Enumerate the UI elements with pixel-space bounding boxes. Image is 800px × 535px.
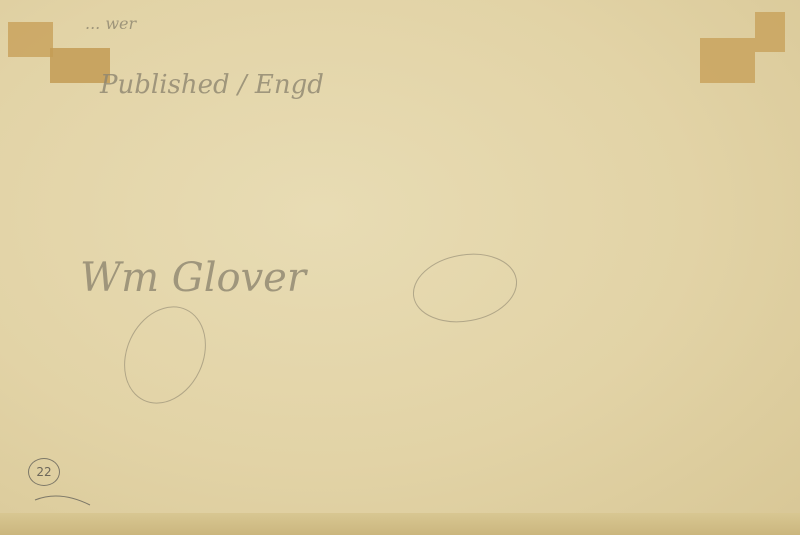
paper-sheet: ... wer Published / Engd Wm Glover 22 (0, 0, 800, 535)
pencil-ovals (0, 0, 800, 535)
catalog-number: 22 (28, 458, 60, 486)
paper-bottom-edge (0, 513, 800, 535)
